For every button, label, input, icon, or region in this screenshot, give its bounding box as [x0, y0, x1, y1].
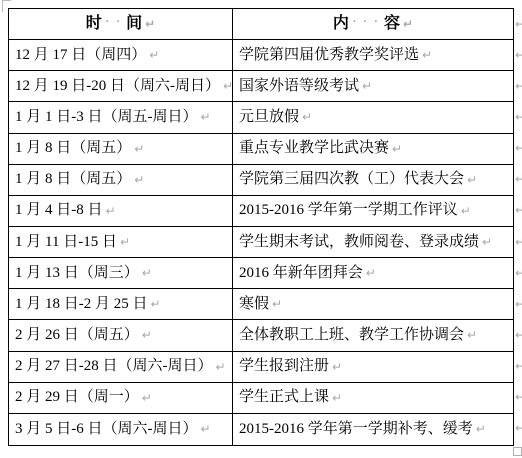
content-text: 2015-2016 学年第一学期补考、缓考 — [239, 422, 473, 437]
time-text: 3 月 5 日-6 日（周六-周日） — [15, 422, 198, 437]
paragraph-return-icon: ↵ — [142, 329, 152, 341]
time-cell[interactable]: 1 月 8 日（周五） ↵ — [9, 134, 233, 165]
header-time-cell[interactable]: 时 · · 间 ↵ — [9, 9, 233, 40]
paragraph-return-icon: ↵ — [366, 267, 376, 279]
paragraph-return-icon: ↵ — [216, 361, 226, 373]
time-cell[interactable]: 1 月 11 日-15 日↵ — [9, 227, 233, 258]
content-cell[interactable]: 学生正式上课↵ — [233, 383, 513, 414]
time-cell[interactable]: 2 月 27 日-28 日（周六-周日）↵ — [9, 352, 233, 383]
time-text: 1 月 4 日-8 日 — [15, 203, 103, 218]
time-text: 1 月 13 日（周三） — [15, 266, 139, 281]
time-text: 12 月 17 日（周四） — [15, 48, 146, 63]
end-of-row-icon: ↵ — [515, 351, 522, 382]
paragraph-return-icon: ↵ — [332, 392, 342, 404]
paragraph-return-icon: ↵ — [134, 143, 144, 155]
content-text: 学生正式上课 — [239, 390, 329, 405]
time-cell[interactable]: 2 月 26 日（周五） ↵ — [9, 320, 233, 351]
time-text: 1 月 1 日-3 日（周五-周日） — [15, 110, 198, 125]
paragraph-return-icon: ↵ — [461, 205, 471, 217]
time-text: 2 月 29 日（周一） — [15, 390, 139, 405]
paragraph-return-icon: ↵ — [120, 236, 130, 248]
content-text: 学生报到注册 — [239, 359, 329, 374]
paragraph-return-icon: ↵ — [403, 18, 413, 30]
time-text: 1 月 8 日（周五） — [15, 141, 131, 156]
space-dots: · · · — [353, 17, 380, 28]
end-of-row-icon: ↵ — [515, 39, 522, 70]
content-cell[interactable]: 国家外语等级考试↵ — [233, 71, 513, 102]
time-text: 12 月 19 日-20 日（周六-周日） — [15, 79, 220, 94]
content-cell[interactable]: 学院第四届优秀教学奖评选↵ — [233, 40, 513, 71]
content-text: 学生期末考试，教师阅卷、登录成绩 — [239, 235, 479, 250]
time-cell[interactable]: 1 月 4 日-8 日↵ — [9, 196, 233, 227]
end-of-row-icon: ↵ — [515, 288, 522, 319]
space-dots: · · — [106, 17, 122, 28]
paragraph-return-icon: ↵ — [142, 267, 152, 279]
time-cell[interactable]: 1 月 18 日-2 月 25 日↵ — [9, 289, 233, 320]
end-of-row-icon: ↵ — [515, 70, 522, 101]
content-cell[interactable]: 2016 年新年团拜会↵ — [233, 258, 513, 289]
table-resize-handle[interactable] — [513, 447, 522, 456]
content-text: 国家外语等级考试 — [239, 79, 359, 94]
paragraph-return-icon: ↵ — [134, 174, 144, 186]
end-of-row-icon: ↵ — [515, 226, 522, 257]
time-text: 1 月 11 日-15 日 — [15, 235, 117, 250]
content-cell[interactable]: 全体教职工上班、教学工作协调会↵ — [233, 320, 513, 351]
paragraph-return-icon: ↵ — [422, 49, 432, 61]
content-text: 寒假 — [239, 297, 269, 312]
content-cell[interactable]: 2015-2016 学年第一学期补考、缓考↵ — [233, 414, 513, 445]
paragraph-return-icon: ↵ — [151, 298, 161, 310]
content-text: 2015-2016 学年第一学期工作评议 — [239, 203, 458, 218]
content-cell[interactable]: 元旦放假↵ — [233, 102, 513, 133]
time-cell[interactable]: 12 月 17 日（周四） ↵ — [9, 40, 233, 71]
end-of-row-icon: ↵ — [515, 413, 522, 444]
end-of-row-icon: ↵ — [515, 8, 522, 39]
paragraph-return-icon: ↵ — [149, 49, 159, 61]
header-time-label-left: 时 — [86, 16, 102, 32]
end-of-row-icon: ↵ — [515, 164, 522, 195]
time-text: 1 月 8 日（周五） — [15, 172, 131, 187]
paragraph-return-icon: ↵ — [272, 298, 282, 310]
paragraph-return-icon: ↵ — [476, 423, 486, 435]
content-text: 全体教职工上班、教学工作协调会 — [239, 328, 464, 343]
header-content-cell[interactable]: 内 · · · 容 ↵ — [233, 9, 513, 40]
time-text: 1 月 18 日-2 月 25 日 — [15, 297, 148, 312]
paragraph-return-icon: ↵ — [482, 236, 492, 248]
content-cell[interactable]: 寒假↵ — [233, 289, 513, 320]
end-of-row-icon: ↵ — [515, 257, 522, 288]
time-cell[interactable]: 1 月 8 日（周五） ↵ — [9, 165, 233, 196]
end-of-row-icon: ↵ — [515, 319, 522, 350]
time-cell[interactable]: 3 月 5 日-6 日（周六-周日） ↵ — [9, 414, 233, 445]
paragraph-return-icon: ↵ — [106, 205, 116, 217]
paragraph-return-icon: ↵ — [145, 18, 155, 30]
content-text: 学院第四届优秀教学奖评选 — [239, 48, 419, 63]
paragraph-return-icon: ↵ — [392, 143, 402, 155]
paragraph-return-icon: ↵ — [467, 174, 477, 186]
paragraph-return-icon: ↵ — [201, 423, 211, 435]
content-text: 元旦放假 — [239, 110, 299, 125]
end-of-row-icon: ↵ — [515, 133, 522, 164]
time-text: 2 月 26 日（周五） — [15, 328, 139, 343]
paragraph-return-icon: ↵ — [223, 80, 233, 92]
document-page: 时 · · 间 ↵ 内 · · · 容 ↵ 12 月 17 日（周四） ↵ 学院… — [0, 0, 522, 458]
time-cell[interactable]: 1 月 1 日-3 日（周五-周日） ↵ — [9, 102, 233, 133]
time-cell[interactable]: 12 月 19 日-20 日（周六-周日）↵ — [9, 71, 233, 102]
content-text: 2016 年新年团拜会 — [239, 266, 363, 281]
content-cell[interactable]: 学生期末考试，教师阅卷、登录成绩↵ — [233, 227, 513, 258]
time-cell[interactable]: 2 月 29 日（周一） ↵ — [9, 383, 233, 414]
content-cell[interactable]: 学院第三届四次教（工）代表大会↵ — [233, 165, 513, 196]
header-content-label-left: 内 — [333, 16, 349, 32]
end-of-row-icon: ↵ — [515, 101, 522, 132]
end-of-row-marks: ↵ ↵ ↵ ↵ ↵ ↵ ↵ ↵ ↵ ↵ ↵ ↵ ↵ ↵ — [515, 8, 522, 444]
time-text: 2 月 27 日-28 日（周六-周日） — [15, 359, 213, 374]
content-text: 重点专业教学比武决赛 — [239, 141, 389, 156]
content-text: 学院第三届四次教（工）代表大会 — [239, 172, 464, 187]
content-cell[interactable]: 重点专业教学比武决赛↵ — [233, 134, 513, 165]
content-cell[interactable]: 学生报到注册↵ — [233, 352, 513, 383]
end-of-row-icon: ↵ — [515, 382, 522, 413]
paragraph-return-icon: ↵ — [201, 111, 211, 123]
paragraph-return-icon: ↵ — [332, 361, 342, 373]
end-of-row-icon: ↵ — [515, 195, 522, 226]
content-cell[interactable]: 2015-2016 学年第一学期工作评议↵ — [233, 196, 513, 227]
header-time-label-right: 间 — [126, 16, 142, 32]
paragraph-return-icon: ↵ — [302, 111, 312, 123]
paragraph-return-icon: ↵ — [362, 80, 372, 92]
calendar-table: 时 · · 间 ↵ 内 · · · 容 ↵ 12 月 17 日（周四） ↵ 学院… — [8, 8, 514, 446]
time-cell[interactable]: 1 月 13 日（周三） ↵ — [9, 258, 233, 289]
header-content-label-right: 容 — [384, 16, 400, 32]
paragraph-return-icon: ↵ — [142, 392, 152, 404]
paragraph-return-icon: ↵ — [467, 329, 477, 341]
